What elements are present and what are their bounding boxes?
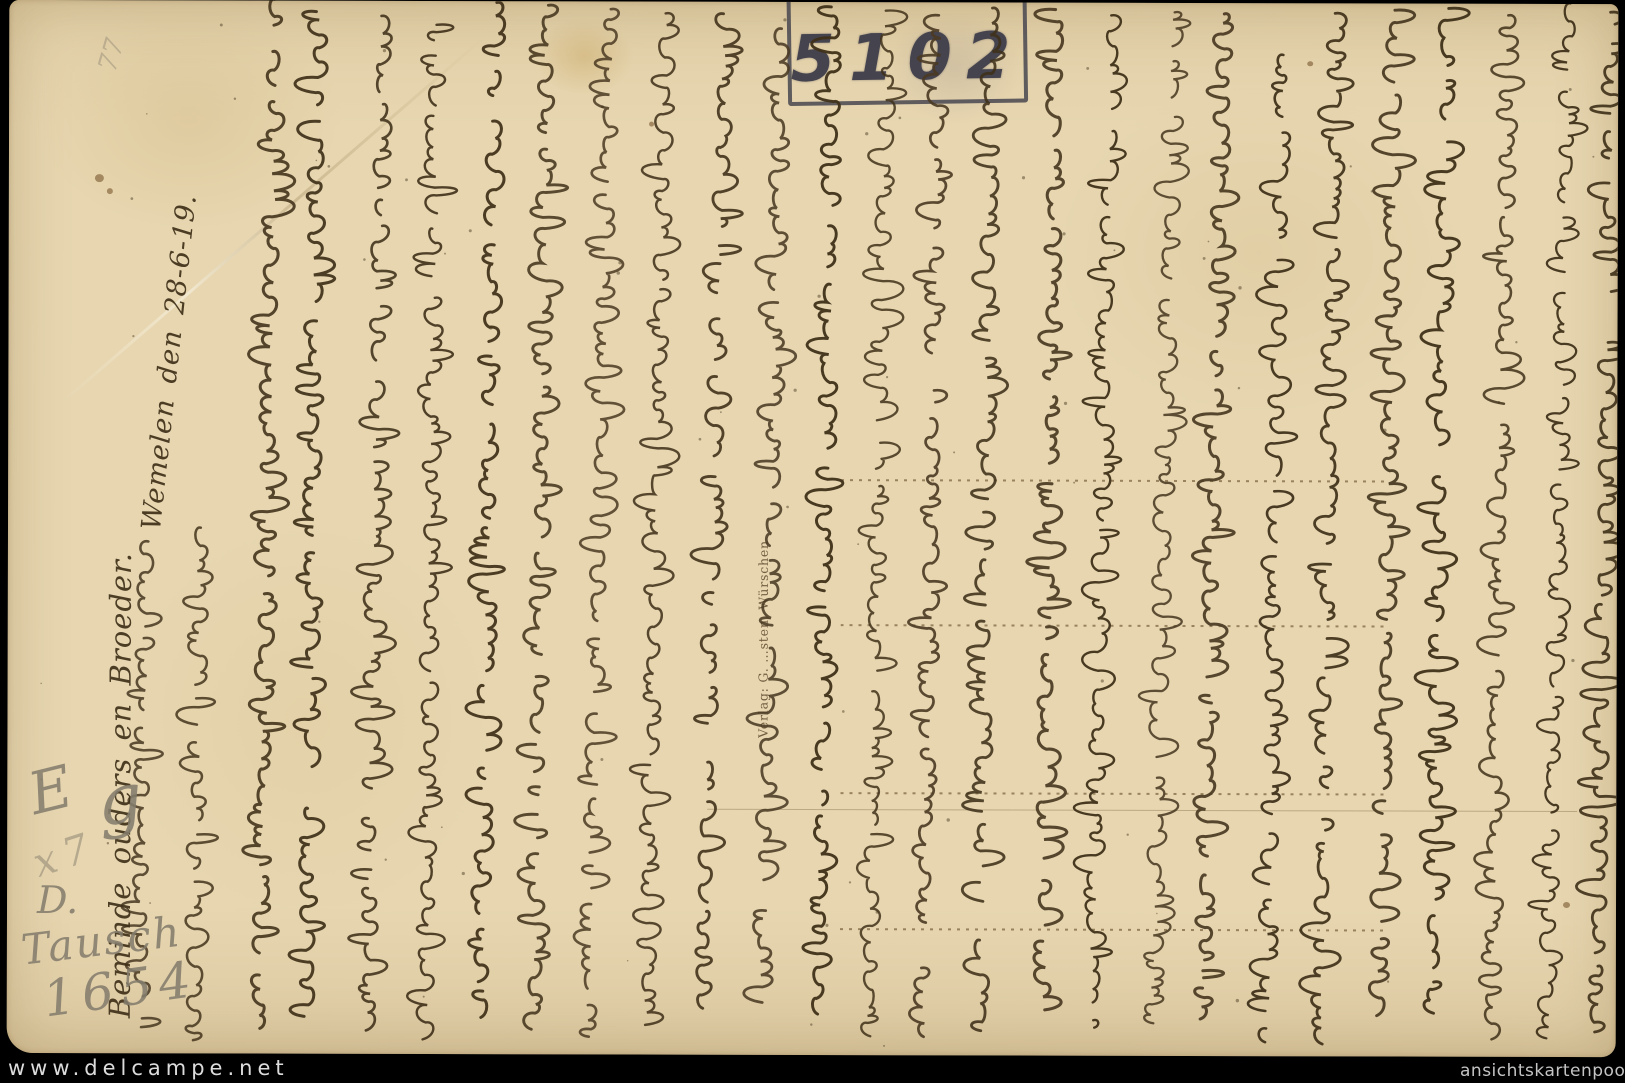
watermark-ansichtskartenpool: ansichtskartenpool: [1460, 1061, 1625, 1081]
handwriting-line: [1414, 8, 1469, 1013]
ink-speck: [1101, 679, 1104, 682]
handwriting-line: [629, 13, 680, 1025]
ink-speck: [1238, 387, 1241, 390]
foxing-spot: [1307, 61, 1313, 66]
ink-speck: [817, 295, 820, 298]
ink-speck: [947, 818, 950, 821]
ink-speck: [1113, 249, 1115, 251]
ink-speck: [1387, 981, 1389, 983]
handwriting-line: [1474, 15, 1525, 1039]
ink-speck: [783, 18, 786, 21]
handwriting-line: [962, 8, 1009, 1031]
handwriting-line: [1299, 13, 1353, 1044]
ink-speck: [699, 438, 702, 441]
ink-speck: [385, 858, 387, 860]
foxing-spot: [649, 122, 654, 127]
ink-speck: [489, 326, 492, 329]
ink-speck: [423, 996, 425, 998]
ink-speck: [149, 902, 151, 904]
handwriting-line: [1191, 14, 1239, 1020]
handwriting-line: [289, 11, 335, 1016]
handwriting-line: [1576, 12, 1618, 1032]
ink-speck: [953, 451, 955, 453]
ink-speck: [1383, 429, 1387, 433]
foxing-spot: [1563, 902, 1570, 908]
handwriting-ink: [7, 0, 1619, 1057]
ink-speck: [130, 197, 133, 200]
ink-speck: [318, 621, 320, 623]
ink-speck: [499, 742, 501, 744]
ink-speck: [1203, 257, 1206, 260]
handwriting-line: [242, 0, 295, 1028]
handwritten-salutation: Beminde ouders en Broeder.: [103, 228, 139, 1018]
ink-speck: [794, 389, 797, 392]
pencil-mark-g: g: [93, 756, 146, 842]
ink-speck: [786, 506, 789, 509]
postcard-scan: Verlag: G. …sten, Würschen 5102 Wemelen …: [0, 0, 1625, 1083]
handwriting-line: [514, 5, 568, 1029]
ink-speck: [720, 411, 722, 413]
ink-speck: [1238, 286, 1241, 289]
ink-speck: [1371, 190, 1373, 192]
ink-speck: [146, 113, 147, 114]
foxing-spot: [107, 188, 113, 194]
ink-speck: [405, 178, 408, 181]
ink-speck: [1156, 913, 1158, 915]
ink-speck: [462, 872, 465, 875]
handwriting-line: [465, 2, 506, 1017]
ink-speck: [886, 376, 888, 378]
ink-speck: [1156, 671, 1158, 673]
ink-speck: [1073, 482, 1075, 484]
ink-speck: [883, 1045, 885, 1047]
watermark-delcampe: www.delcampe.net: [8, 1056, 289, 1080]
ink-speck: [1086, 67, 1089, 70]
handwriting-line: [1026, 9, 1072, 1010]
ink-speck: [627, 960, 628, 961]
handwriting-line: [1138, 12, 1190, 1023]
handwriting-line: [1367, 10, 1416, 1016]
handwriting-line: [407, 24, 457, 1039]
ink-speck: [617, 271, 621, 275]
handwriting-line: [803, 7, 844, 1015]
ink-speck: [40, 683, 42, 685]
ink-speck: [1592, 156, 1594, 158]
ink-speck: [849, 881, 851, 883]
ink-speck: [441, 826, 443, 828]
ink-speck: [810, 1023, 812, 1025]
ink-speck: [383, 49, 386, 52]
handwriting-line: [857, 10, 907, 1036]
ink-speck: [316, 160, 318, 162]
foxing-spot: [95, 174, 104, 182]
handwriting-line: [1073, 15, 1127, 1028]
ink-speck: [601, 105, 604, 108]
handwriting-line: [574, 9, 625, 1037]
handwriting-line: [348, 16, 400, 1031]
ink-speck: [1208, 241, 1210, 243]
postcard-back: Verlag: G. …sten, Würschen 5102 Wemelen …: [7, 0, 1619, 1057]
ink-speck: [865, 132, 868, 135]
ink-speck: [469, 229, 472, 232]
ink-speck: [600, 758, 603, 761]
ink-speck: [857, 543, 859, 545]
ink-speck: [363, 258, 366, 261]
ink-speck: [1498, 401, 1500, 403]
ink-speck: [1350, 165, 1352, 167]
handwriting-line: [1248, 55, 1298, 1043]
ink-speck: [1064, 402, 1067, 405]
handwriting-line: [907, 15, 952, 1037]
ink-speck: [444, 253, 446, 255]
ink-speck: [1236, 999, 1239, 1002]
ink-speck: [618, 261, 621, 264]
ink-speck: [899, 116, 902, 119]
ink-speck: [842, 710, 845, 713]
pencil-mark-d: D.: [37, 878, 78, 922]
handwriting-line: [690, 13, 743, 1008]
ink-speck: [1571, 659, 1574, 662]
ink-speck: [876, 910, 879, 913]
ink-speck: [1063, 232, 1066, 235]
ink-speck: [825, 924, 828, 927]
ink-speck: [327, 165, 330, 168]
ink-speck: [1569, 88, 1572, 91]
ink-speck: [234, 98, 236, 100]
ink-speck: [1127, 834, 1129, 836]
handwriting-line: [744, 28, 797, 1002]
ink-speck: [1022, 176, 1025, 179]
ink-speck: [1515, 341, 1517, 343]
